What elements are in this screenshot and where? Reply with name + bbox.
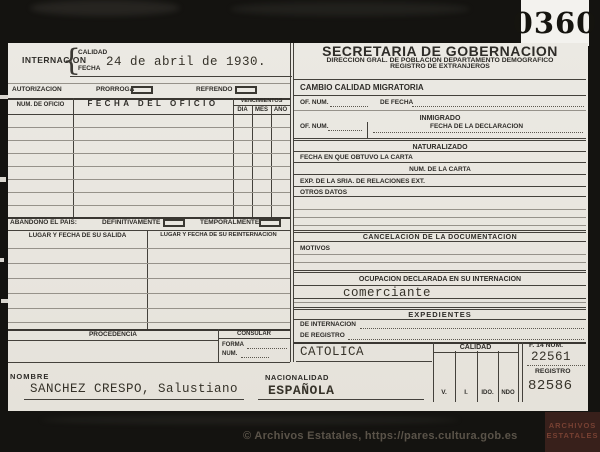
reference-number: 0360: [513, 6, 598, 40]
exp-sria-label: EXP. DE LA SRIA. DE RELACIONES EXT.: [300, 179, 425, 186]
rule: [433, 352, 518, 353]
fecha-oficio-header: FECHA DEL OFICIO: [73, 100, 233, 108]
naturalizado-header: NATURALIZADO: [292, 144, 588, 151]
rule: [218, 338, 290, 339]
forma-label: FORMA: [222, 342, 244, 348]
dotted-rule: [247, 348, 287, 349]
section-divider: [522, 342, 523, 402]
table-divider: [233, 98, 234, 217]
nacionalidad-value: ESPAÑOLA: [268, 384, 334, 397]
nacionalidad-label: NACIONALIDAD: [265, 374, 329, 382]
of-num-2-label: OF. NUM.: [300, 124, 329, 131]
consular-header: CONSULAR: [218, 331, 290, 337]
dotted-rule: [373, 132, 583, 133]
temporalmente-checkbox: [259, 219, 281, 227]
dia-header: DIA: [233, 107, 252, 113]
table-divider: [73, 98, 74, 217]
cambio-calidad-title: CAMBIO CALIDAD MIGRATORIA: [300, 84, 424, 92]
abandono-label: ABANDONO EL PAIS:: [10, 220, 77, 227]
registration-card: INTERNACION { CALIDAD FECHA 24 de abril …: [8, 43, 588, 411]
rule: [8, 278, 290, 279]
rule: [294, 217, 586, 218]
rule: [8, 340, 218, 341]
rule: [8, 153, 290, 154]
rule: [294, 79, 586, 80]
autorizacion-label: AUTORIZACION: [12, 87, 62, 94]
rule: [8, 83, 290, 84]
scan-smudge: [40, 416, 460, 424]
dotted-rule: [360, 328, 584, 329]
scan-artifact: [1, 299, 8, 303]
rule: [8, 293, 290, 294]
rule: [294, 241, 586, 242]
fecha-carta-label: FECHA EN QUE OBTUVO LA CARTA: [300, 155, 413, 162]
mes-header: MES: [252, 107, 271, 113]
rule: [294, 225, 586, 226]
f14-num-value: 22561: [531, 351, 571, 364]
de-internacion-label: DE INTERNACION: [300, 322, 356, 329]
salida-header: LUGAR Y FECHA DE SU SALIDA: [8, 233, 147, 239]
rule: [8, 308, 290, 309]
table-divider: [271, 105, 272, 217]
expedientes-title: EXPEDIENTES: [292, 311, 588, 319]
rule: [70, 76, 292, 77]
table-divider: [252, 105, 253, 217]
definitivamente-label: DEFINITIVAMENTE: [102, 220, 160, 227]
fecha-internacion-value: 24 de abril de 1930.: [106, 56, 266, 69]
de-fecha-label: DE FECHA: [380, 100, 413, 107]
rule: [8, 263, 290, 264]
procedencia-header: PROCEDENCIA: [8, 332, 218, 339]
rule: [8, 179, 290, 180]
rule: [24, 399, 244, 400]
rule: [294, 209, 586, 210]
rule: [296, 361, 432, 362]
rule: [294, 285, 586, 286]
scanned-document: 0360 INTERNACION { CALIDAD FECHA 24 de a…: [0, 0, 600, 452]
refrendo-checkbox: [235, 86, 257, 94]
calidad-field-label: CALIDAD: [78, 50, 107, 57]
calidad-col-ndo: NDO: [498, 390, 518, 396]
archive-watermark: © Archivos Estatales, https://pares.cult…: [243, 430, 518, 442]
ocupacion-title: OCUPACION DECLARADA EN SU INTERNACION: [292, 276, 588, 283]
rule: [294, 230, 586, 233]
num-label: NUM.: [222, 351, 237, 357]
calidad-col-v: V.: [433, 390, 455, 397]
rule: [8, 127, 290, 128]
dotted-rule: [412, 106, 584, 107]
f14-num-label: F. 14 NUM.: [529, 343, 563, 350]
inmigrado-header: INMIGRADO: [292, 115, 588, 122]
archive-stamp: ARCHIVOS ESTATALES: [545, 412, 600, 452]
religion-value: CATOLICA: [300, 346, 364, 359]
scan-artifact: [0, 258, 4, 262]
table-divider: [147, 230, 148, 329]
dotted-rule: [527, 365, 585, 366]
archive-stamp-line2: ESTATALES: [545, 431, 600, 441]
dotted-rule: [348, 339, 584, 340]
nombre-label: NOMBRE: [10, 373, 49, 381]
calidad-box-border: [518, 342, 519, 402]
fecha-field-label: FECHA: [78, 66, 100, 73]
rule: [294, 95, 586, 96]
calidad-col-ido: IDO.: [477, 390, 498, 396]
rule: [294, 138, 586, 141]
rule: [8, 248, 290, 249]
de-registro-label: DE REGISTRO: [300, 333, 345, 340]
rule: [8, 205, 290, 206]
num-carta-label: NUM. DE LA CARTA: [292, 167, 588, 174]
definitivamente-checkbox: [163, 219, 185, 227]
dotted-rule: [330, 106, 368, 107]
ano-header: AÑO: [271, 107, 290, 113]
rule: [294, 302, 586, 303]
rule: [294, 319, 586, 320]
rule: [233, 105, 290, 106]
rule: [8, 322, 290, 323]
dotted-rule: [328, 130, 362, 131]
rule: [294, 298, 586, 299]
refrendo-label: REFRENDO: [196, 87, 232, 94]
rule: [294, 174, 586, 175]
rule: [8, 114, 290, 115]
registro-value: 82586: [528, 379, 573, 393]
rule: [258, 399, 424, 400]
rule: [294, 196, 586, 197]
rule: [8, 192, 290, 193]
temporalmente-label: TEMPORALMENTE: [200, 220, 259, 227]
rule: [294, 262, 586, 263]
calidad-col-i: I.: [455, 390, 477, 397]
of-num-label: OF. NUM.: [300, 100, 329, 107]
fecha-declaracion-label: FECHA DE LA DECLARACION: [367, 124, 586, 131]
rule: [294, 151, 586, 152]
calidad-box-title: CALIDAD: [433, 344, 518, 351]
reference-number-box: 0360: [521, 0, 589, 46]
scan-smudge: [30, 0, 180, 16]
rule: [294, 162, 586, 163]
nombre-value: SANCHEZ CRESPO, Salustiano: [30, 383, 238, 396]
rule: [8, 166, 290, 167]
rule: [8, 362, 290, 363]
rule: [294, 186, 586, 187]
rule: [294, 270, 586, 273]
rule: [294, 110, 586, 111]
scan-smudge: [230, 2, 470, 16]
form-subtitle-2: REGISTRO DE EXTRANJEROS: [292, 64, 588, 71]
scan-artifact: [0, 177, 6, 182]
prorroga-label: PRORROGA: [96, 87, 134, 94]
vencimientos-header: VENCIMIENTOS: [233, 99, 290, 105]
num-oficio-header: NUM. DE OFICIO: [8, 102, 73, 108]
archive-stamp-line1: ARCHIVOS: [545, 421, 600, 431]
rule: [294, 254, 586, 255]
cancelacion-title: CANCELACION DE LA DOCUMENTACION: [292, 234, 588, 241]
rule: [8, 140, 290, 141]
motivos-label: MOTIVOS: [300, 246, 330, 253]
registro-label: REGISTRO: [535, 369, 571, 376]
dotted-rule: [241, 357, 269, 358]
form-title: SECRETARIA DE GOBERNACION: [292, 44, 588, 58]
prorroga-checkbox: [131, 86, 153, 94]
rule: [8, 230, 290, 231]
reinternacion-header: LUGAR Y FECHA DE SU REINTERNACION: [147, 233, 290, 239]
